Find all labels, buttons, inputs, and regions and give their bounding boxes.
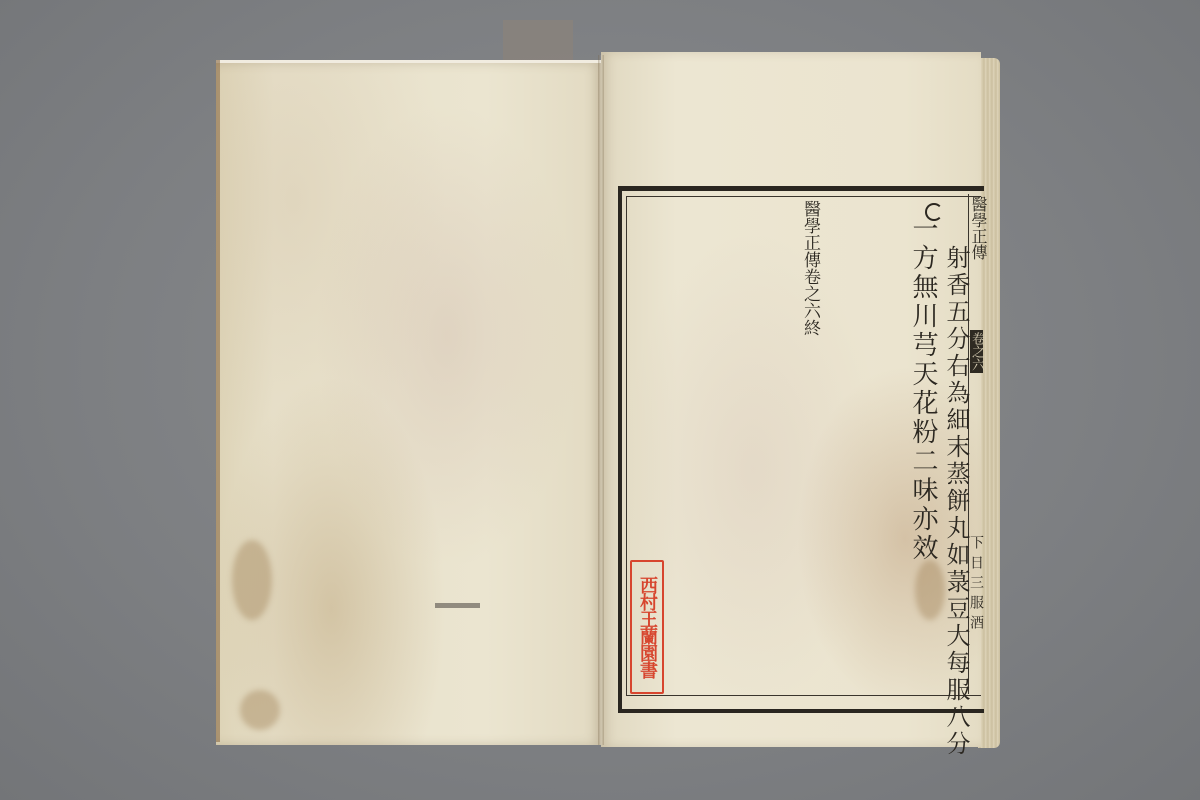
stain <box>240 690 280 730</box>
margin-volume: 卷之六 <box>970 330 983 373</box>
text-column-recipe: 射香五分右為細末蒸餅丸如菉豆大每服八分 <box>944 245 968 758</box>
text-column-annotation: 下日三服酒 <box>969 535 983 635</box>
ink-mark <box>435 603 480 608</box>
red-seal-stamp: 西村王蘭園書 <box>630 560 664 694</box>
volume-end-title: 醫學正傳卷之六終 <box>801 200 818 336</box>
margin-title: 醫學正傳 <box>970 196 986 260</box>
left-page <box>216 60 601 745</box>
gutter <box>598 55 604 745</box>
stain <box>232 540 272 620</box>
book-spread: 醫學正傳 卷之六 射香五分右為細末蒸餅丸如菉豆大每服八分 下日三服酒 一方無川芎… <box>0 0 1200 800</box>
left-page-edge <box>216 60 220 742</box>
text-column-variant: 一方無川芎天花粉二味亦效 <box>910 215 936 563</box>
